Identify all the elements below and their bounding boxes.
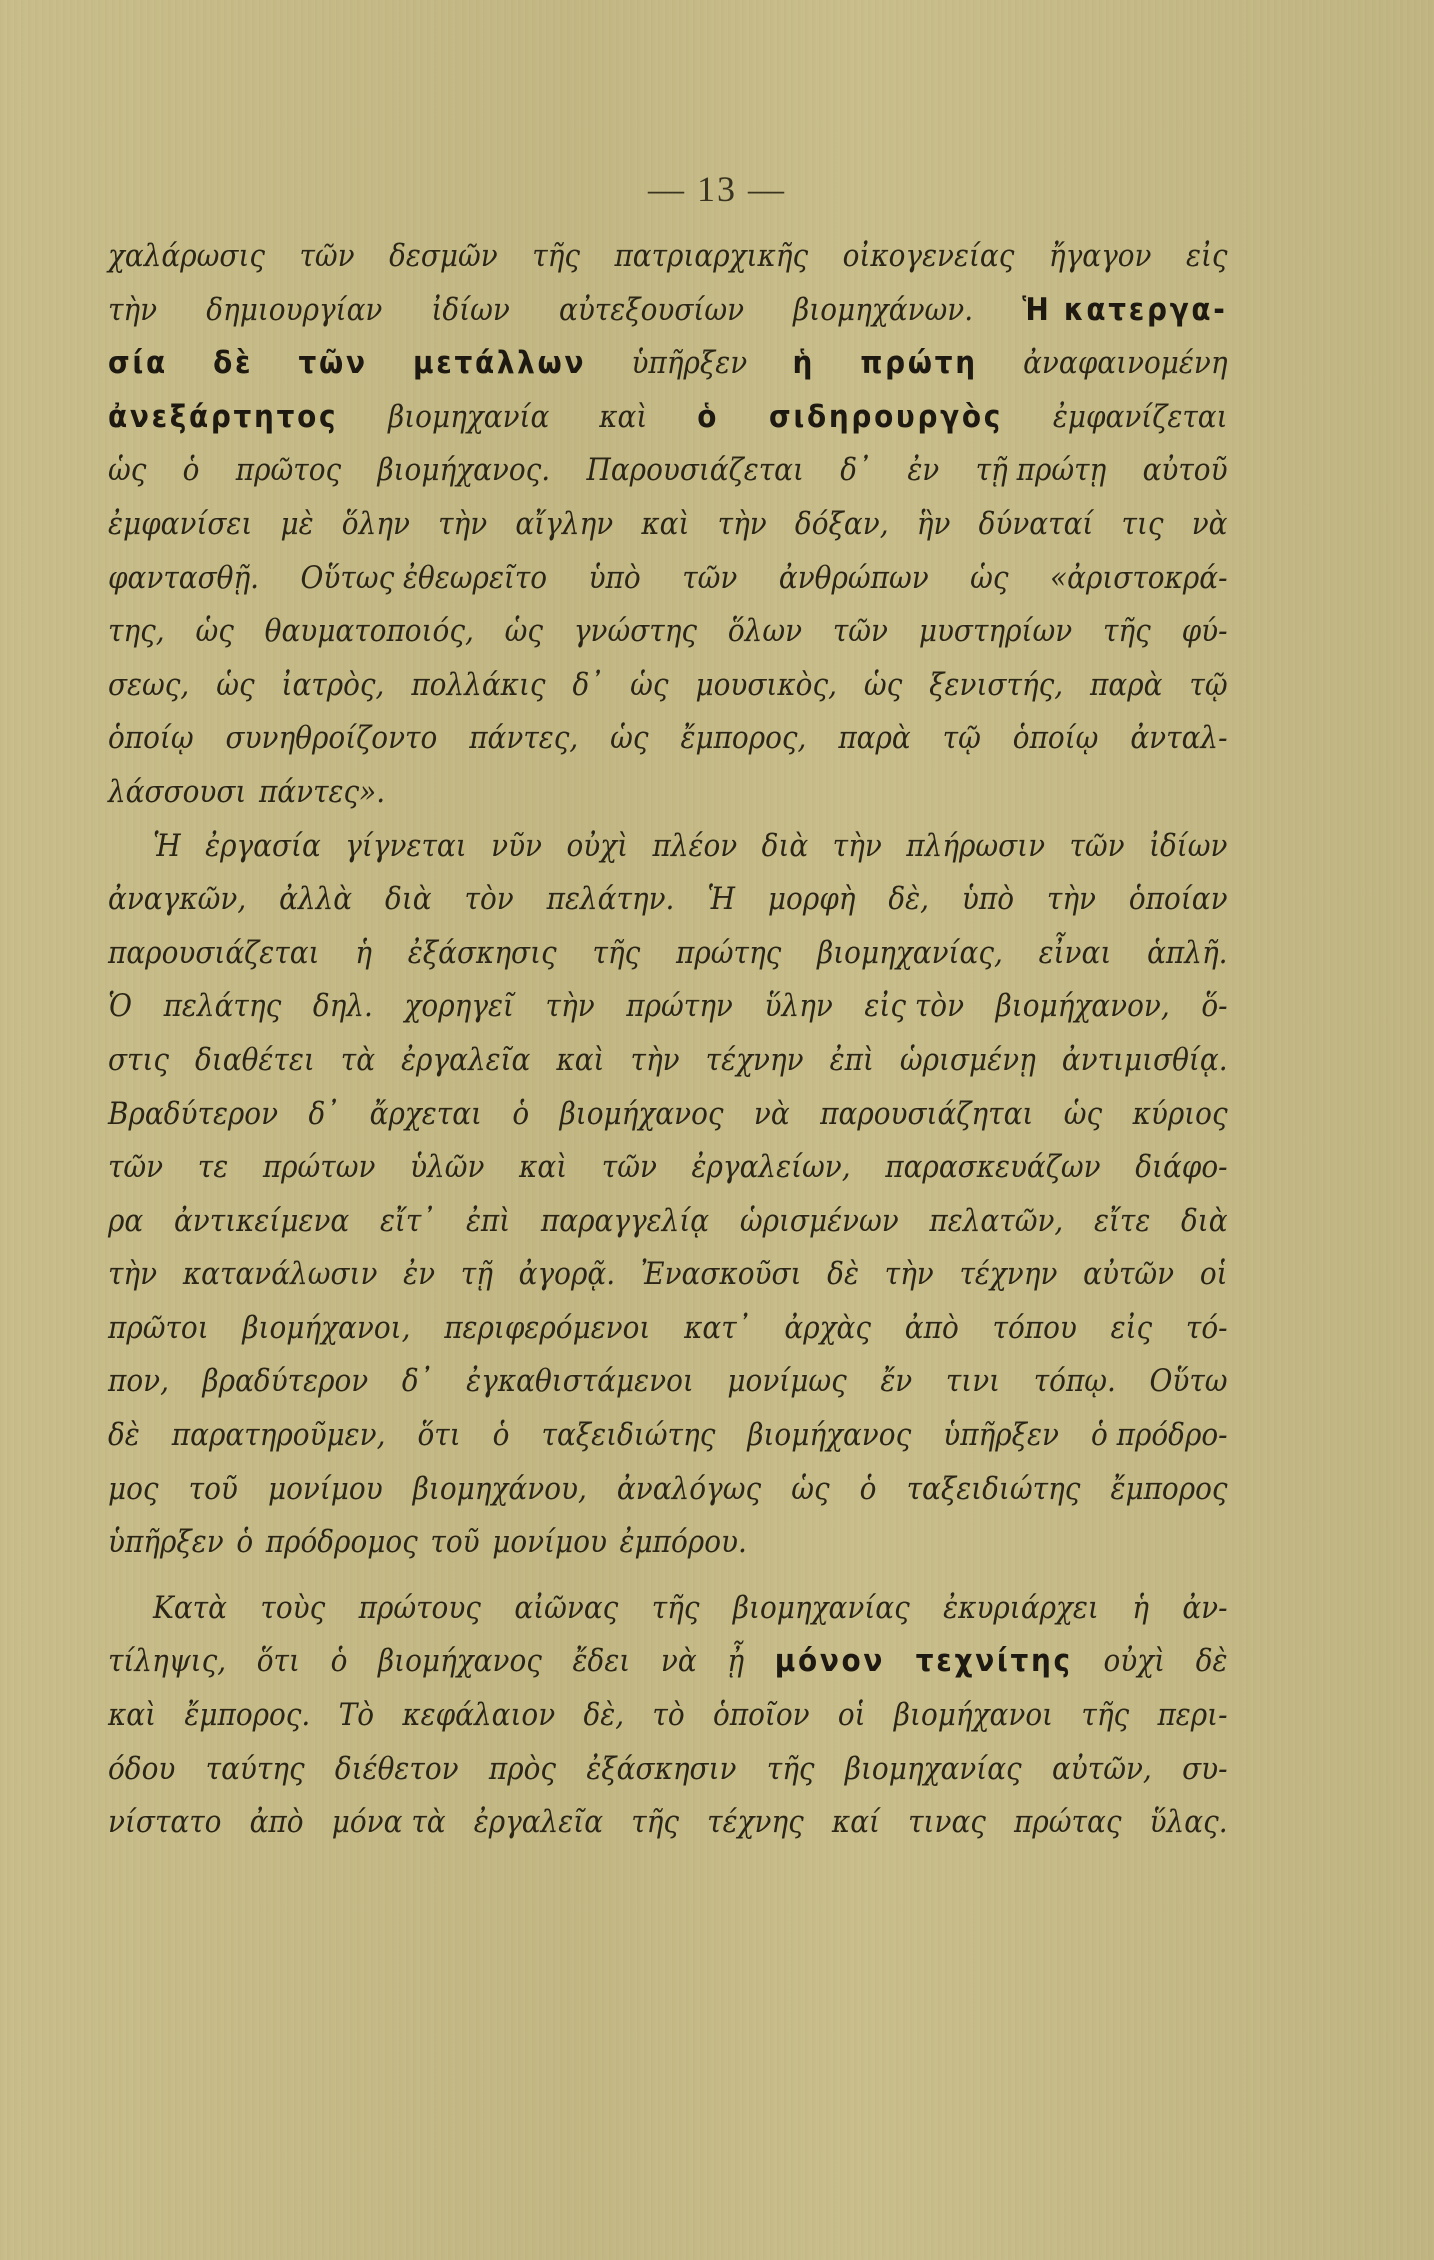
word: ἐμφανίσει — [108, 506, 252, 542]
bold-word: δὲ — [213, 345, 253, 381]
word: τῆς — [592, 935, 640, 971]
word: βιομηχάνου, — [413, 1471, 587, 1507]
word: μουσικὸς, — [695, 667, 836, 703]
word: αὐτῶν, — [1052, 1751, 1152, 1787]
bold-word: σία — [108, 345, 168, 381]
text-line: Κατὰ τοὺς πρώτους αἰῶνας τῆς βιομηχανίας… — [108, 1590, 1228, 1644]
word: ὕλας. — [1150, 1804, 1228, 1840]
word: βιομήχανος — [560, 1096, 724, 1132]
word: ἡ — [1132, 1590, 1149, 1626]
word: τῆς — [652, 1590, 700, 1626]
word: τὴν — [108, 292, 157, 328]
word: μος — [108, 1471, 159, 1507]
bold-word: τεχνίτης — [916, 1643, 1073, 1679]
word: οὐχὶ — [566, 828, 628, 864]
bold-word: ἀνεξάρτητος — [108, 399, 338, 435]
word: ἐργαλεῖα — [401, 1042, 530, 1078]
text-line: ὡς ὁ πρῶτος βιομήχανος. Παρουσιάζεται δ᾽… — [108, 452, 1228, 506]
word: Ἡ — [707, 881, 735, 917]
word: ἄρχεται — [370, 1096, 482, 1132]
word: συ- — [1182, 1751, 1227, 1787]
word: τοῦ — [430, 1524, 479, 1560]
word: πρῶτος — [236, 452, 341, 488]
word: πρώτων — [263, 1149, 376, 1185]
text-line: χαλάρωσις τῶν δεσμῶν τῆς πατριαρχικῆς οἰ… — [108, 238, 1228, 292]
word: νὰ — [661, 1643, 697, 1679]
word: ὑπὸ — [589, 560, 641, 596]
word: τὴν — [631, 1042, 680, 1078]
word: ὅλων — [728, 613, 802, 649]
word: ὡς — [108, 452, 146, 488]
word: ἣν — [917, 506, 951, 542]
word: μορφὴ — [768, 881, 856, 917]
word: τὴν — [546, 988, 595, 1024]
word: τὰ — [341, 1042, 375, 1078]
word: δ᾽ — [308, 1096, 339, 1132]
word: βιομηχανίας, — [817, 935, 1003, 971]
word: πάντες, — [469, 720, 578, 756]
word: τῆς — [532, 238, 580, 274]
word: καὶ — [519, 1149, 567, 1185]
word: ἔμπορος, — [680, 720, 806, 756]
word: πολλάκις — [411, 667, 545, 703]
text-line: πρῶτοι βιομήχανοι, περιφερόμενοι κατ᾽ ἀρ… — [108, 1310, 1228, 1364]
word: τὴν — [108, 1256, 157, 1292]
word: ὡς — [195, 613, 233, 649]
scanned-book-page: — 13 — χαλάρωσις τῶν δεσμῶν τῆς πατριαρχ… — [0, 0, 1434, 2260]
word: ἰδίων — [1149, 828, 1227, 864]
word: εἶναι — [1039, 935, 1112, 971]
text-line: σεως, ὡς ἰατρὸς, πολλάκις δ᾽ ὡς μουσικὸς… — [108, 667, 1228, 721]
word: φύ- — [1182, 613, 1228, 649]
word: πελάτην. — [547, 881, 675, 917]
word: τε — [198, 1149, 228, 1185]
word: κεφάλαιον — [402, 1697, 555, 1733]
word: καὶ — [108, 1697, 156, 1733]
word: ὡς — [1064, 1096, 1102, 1132]
word: ἐπὶ — [466, 1203, 510, 1239]
word: παρὰ — [1090, 667, 1162, 703]
word: ταύτης — [206, 1751, 305, 1787]
word: ὅλην — [342, 506, 410, 542]
word: πλέον — [652, 828, 737, 864]
word: κατ᾽ — [684, 1310, 751, 1346]
word: τῶν — [602, 1149, 657, 1185]
word: ἐπὶ — [830, 1042, 874, 1078]
word: τῶν — [833, 613, 888, 649]
text-line: όδου ταύτης διέθετον πρὸς ἐξάσκησιν τῆς … — [108, 1751, 1228, 1805]
word: τό- — [1186, 1310, 1228, 1346]
word: διὰ — [385, 881, 432, 917]
word: ἀλλὰ — [279, 881, 352, 917]
word: τῶν — [682, 560, 737, 596]
word: διέθετον — [335, 1751, 459, 1787]
word: ρα — [108, 1203, 143, 1239]
word: θαυματοποιός, — [265, 613, 474, 649]
word: βιομήχανος. — [377, 452, 550, 488]
word: τέχνης — [707, 1804, 804, 1840]
word: οὐχὶ — [1103, 1643, 1165, 1679]
text-line: ὁποίῳ συνηθροίζοντο πάντες, ὡς ἔμπορος, … — [108, 720, 1228, 774]
word: τὴν — [833, 828, 882, 864]
text-line: της, ὡς θαυματοποιός, ὡς γνώστης ὅλων τῶ… — [108, 613, 1228, 667]
text-line: ἀνεξάρτητος βιομηχανία καὶ ὁ σιδηρουργὸς… — [108, 399, 1228, 453]
word: ἐγκαθιστάμενοι — [466, 1363, 694, 1399]
word: ἐργαλεῖα — [474, 1804, 603, 1840]
text-line: ἐμφανίσει μὲ ὅλην τὴν αἴγλην καὶ τὴν δόξ… — [108, 506, 1228, 560]
word: πρῶτοι — [108, 1310, 209, 1346]
text-line: καὶ ἔμπορος. Τὸ κεφάλαιον δὲ, τὸ ὁποῖον … — [108, 1697, 1228, 1751]
word: πρώτην — [626, 988, 733, 1024]
word: τόπῳ. — [1034, 1363, 1116, 1399]
word: τῷ — [1189, 667, 1227, 703]
word: ὁ — [183, 452, 200, 488]
word: εἴτ᾽ — [380, 1203, 435, 1239]
word: δὲ, — [888, 881, 929, 917]
word: δὲ — [1196, 1643, 1228, 1679]
word: πρώτης — [676, 935, 781, 971]
word: αὐτοῦ — [1143, 452, 1228, 488]
text-line: σία δὲ τῶν μετάλλων ὑπῆρξεν ἡ πρώτη ἀναφ… — [108, 345, 1228, 399]
text-line: δὲ παρατηροῦμεν, ὅτι ὁ ταξειδιώτης βιομή… — [108, 1417, 1228, 1471]
word: ἰδίων — [431, 292, 509, 328]
word: Κατὰ — [153, 1590, 227, 1626]
word: δὲ, — [583, 1697, 624, 1733]
word: τις — [1122, 506, 1164, 542]
word: ὑλῶν — [410, 1149, 484, 1185]
word: ἤγαγον — [1049, 238, 1152, 274]
bold-word: ὁ — [697, 399, 719, 435]
word: νῦν — [491, 828, 542, 864]
word: ἔδει — [573, 1643, 631, 1679]
word: τίληψις, — [108, 1643, 226, 1679]
word: αὐτεξουσίων — [559, 292, 744, 328]
word: μὲ — [281, 506, 314, 542]
word: ἀνταλ- — [1130, 720, 1227, 756]
word: καὶ — [556, 1042, 604, 1078]
word: οἱ — [838, 1697, 866, 1733]
word: ὡς — [505, 613, 543, 649]
word: βραδύτερον — [203, 1363, 369, 1399]
word: ἔν — [880, 1363, 912, 1399]
word: μυστηρίων — [919, 613, 1072, 649]
bold-word: μετάλλων — [413, 345, 586, 381]
text-line: νίστατο ἀπὸ μόνα τὰ ἐργαλεῖα τῆς τέχνης … — [108, 1804, 1228, 1858]
word: πελάτης — [164, 988, 282, 1024]
word: διάφο- — [1135, 1149, 1227, 1185]
word: οἰκογενείας — [843, 238, 1015, 274]
word: ἐμπόρου. — [620, 1524, 747, 1560]
word: δ᾽ — [402, 1363, 433, 1399]
word: παρουσιάζηται — [820, 1096, 1033, 1132]
word: τέχνην — [706, 1042, 804, 1078]
word: ὁ — [493, 1417, 510, 1453]
word: ὅτι — [257, 1643, 300, 1679]
word: «ἀριστοκρά- — [1050, 560, 1227, 596]
word: ὡς — [864, 667, 902, 703]
text-line: τὴν δημιουργίαν ἰδίων αὐτεξουσίων βιομηχ… — [108, 292, 1228, 346]
word: δηλ. — [313, 988, 373, 1024]
word: ὡς — [970, 560, 1008, 596]
word: παρασκευάζων — [885, 1149, 1100, 1185]
word: ὁ — [512, 1096, 529, 1132]
word: ὑπῆρξεν — [108, 1524, 224, 1560]
word: τῷ — [943, 720, 981, 756]
word: εἰς — [1186, 238, 1228, 274]
word: δὲ — [827, 1256, 859, 1292]
word: οἱ — [1200, 1256, 1228, 1292]
word: ἀγορᾷ. — [519, 1256, 615, 1292]
body-text: χαλάρωσις τῶν δεσμῶν τῆς πατριαρχικῆς οἰ… — [108, 238, 1228, 1858]
word: ἐξάσκησις — [408, 935, 557, 971]
word: βιομηχανίας — [845, 1751, 1022, 1787]
word: ἐργασία — [205, 828, 321, 864]
text-line: ρα ἀντικείμενα εἴτ᾽ ἐπὶ παραγγελίᾳ ὡρισμ… — [108, 1203, 1228, 1257]
word: αἴγλην — [515, 506, 613, 542]
word: πρὸς — [489, 1751, 556, 1787]
word: τῆς — [767, 1751, 815, 1787]
word: τὸ — [652, 1697, 684, 1733]
word: ἰατρὸς, — [282, 667, 385, 703]
bold-word: ἡ — [792, 345, 815, 381]
word: αἰῶνας — [514, 1590, 618, 1626]
word: εἴτε — [1094, 1203, 1150, 1239]
word: χορηγεῖ — [405, 988, 514, 1024]
word: διαθέτει — [195, 1042, 315, 1078]
word: παρὰ — [838, 720, 910, 756]
word: ξενιστής, — [929, 667, 1063, 703]
bold-word: Ἡ κατεργα- — [1022, 292, 1227, 328]
word: γνώστης — [574, 613, 697, 649]
word: ὅτι — [417, 1417, 460, 1453]
word: ὅ- — [1201, 988, 1227, 1024]
word: τοὺς — [260, 1590, 325, 1626]
word: ταξειδιώτης — [907, 1471, 1081, 1507]
word: περιφερόμενοι — [444, 1310, 650, 1346]
text-line: τὴν κατανάλωσιν ἐν τῇ ἀγορᾷ. Ἐνασκοῦσι δ… — [108, 1256, 1228, 1310]
word: τινας — [908, 1804, 986, 1840]
word: ἀντιμισθίᾳ. — [1062, 1042, 1228, 1078]
word: ᾖ — [727, 1643, 744, 1679]
word: πρώτας — [1014, 1804, 1121, 1840]
word: πάντες». — [259, 774, 385, 810]
word: Ἡ — [153, 828, 181, 864]
word: ταξειδιώτης — [542, 1417, 716, 1453]
word: διὰ — [1181, 1203, 1228, 1239]
word: εἰς τὸν — [864, 988, 964, 1024]
word: ὡρισμένων — [740, 1203, 899, 1239]
word: πλήρωσιν — [906, 828, 1045, 864]
text-line: Ὁ πελάτης δηλ. χορηγεῖ τὴν πρώτην ὕλην ε… — [108, 988, 1228, 1042]
word: ἔμπορος. — [184, 1697, 310, 1733]
word: καί — [832, 1804, 880, 1840]
word: αὐτῶν — [1083, 1256, 1174, 1292]
text-line: τίληψις, ὅτι ὁ βιομήχανος ἔδει νὰ ᾖ μόνο… — [108, 1643, 1228, 1697]
word: της, — [108, 613, 165, 649]
word: μονίμου — [492, 1524, 607, 1560]
word: σεως, — [108, 667, 189, 703]
text-line: φαντασθῇ. Οὕτως ἐθεωρεῖτο ὑπὸ τῶν ἀνθρώπ… — [108, 560, 1228, 614]
word: τοῦ — [189, 1471, 238, 1507]
word: τὴν — [1047, 881, 1096, 917]
word: δ᾽ — [840, 452, 871, 488]
word: ἀναλόγως — [617, 1471, 761, 1507]
text-line: παρουσιάζεται ἡ ἐξάσκησις τῆς πρώτης βιο… — [108, 935, 1228, 989]
word: βιομηχανία — [388, 399, 549, 435]
word: ὡς — [791, 1471, 829, 1507]
word: τῶν — [299, 238, 354, 274]
word: τῆς — [1103, 613, 1151, 649]
word: νίστατο — [108, 1804, 221, 1840]
word: ἐκυριάρχει — [943, 1590, 1099, 1626]
word: ὑπῆρξεν — [943, 1417, 1059, 1453]
bold-word: τῶν — [299, 345, 368, 381]
word: δὲ — [108, 1417, 140, 1453]
text-line: στις διαθέτει τὰ ἐργαλεῖα καὶ τὴν τέχνην… — [108, 1042, 1228, 1096]
word: ὁ πρόδρο- — [1091, 1417, 1228, 1453]
word: Οὕτω — [1149, 1363, 1227, 1399]
word: δ᾽ — [572, 667, 603, 703]
word: μόνα τὰ — [332, 1804, 446, 1840]
word: κατανάλωσιν — [183, 1256, 378, 1292]
word: ἐξάσκησιν — [586, 1751, 736, 1787]
word: τόπου — [993, 1310, 1077, 1346]
word: γίγνεται — [345, 828, 466, 864]
word: δύναταί — [979, 506, 1094, 542]
word: πελατῶν, — [929, 1203, 1063, 1239]
word: ἀναφαινομένη — [1023, 345, 1227, 381]
text-line: Ἡ ἐργασία γίγνεται νῦν οὐχὶ πλέον διὰ τὴ… — [108, 828, 1228, 882]
word: διὰ — [762, 828, 809, 864]
word: δεσμῶν — [389, 238, 498, 274]
word: ὁποῖον — [713, 1697, 810, 1733]
word: ὡς — [630, 667, 668, 703]
word: ὡς — [610, 720, 648, 756]
page-number: — 13 — — [0, 168, 1434, 210]
word: μονίμου — [268, 1471, 383, 1507]
text-line: τῶν τε πρώτων ὑλῶν καὶ τῶν ἐργαλείων, πα… — [108, 1149, 1228, 1203]
text-line: ἀναγκῶν, ἀλλὰ διὰ τὸν πελάτην. Ἡ μορφὴ δ… — [108, 881, 1228, 935]
word: βιομήχανοι — [894, 1697, 1053, 1733]
word: Ἐνασκοῦσι — [641, 1256, 802, 1292]
word: ἀντικείμενα — [174, 1203, 349, 1239]
word: ἀρχὰς — [784, 1310, 871, 1346]
word: παρατηροῦμεν, — [172, 1417, 386, 1453]
word: τὸν — [465, 881, 514, 917]
bold-word: πρώτη — [860, 345, 977, 381]
word: βιομήχανοι, — [242, 1310, 410, 1346]
bold-word: σιδηρουργὸς — [769, 399, 1003, 435]
word: πον, — [108, 1363, 169, 1399]
bold-word: μόνον — [775, 1643, 885, 1679]
word: ὁποίῳ — [1013, 720, 1099, 756]
word: παραγγελίᾳ — [541, 1203, 709, 1239]
text-line: πον, βραδύτερον δ᾽ ἐγκαθιστάμενοι μονίμω… — [108, 1363, 1228, 1417]
word: Παρουσιάζεται — [586, 452, 803, 488]
word: ὡς — [216, 667, 254, 703]
word: ἁπλῆ. — [1147, 935, 1227, 971]
word: Οὕτως ἐθεωρεῖτο — [301, 560, 548, 596]
word: συνηθροίζοντο — [226, 720, 438, 756]
word: λάσσουσι — [108, 774, 246, 810]
word: τὴν — [438, 506, 487, 542]
word: ἐργαλείων, — [692, 1149, 851, 1185]
word: δόξαν, — [795, 506, 889, 542]
word: ὁ — [331, 1643, 348, 1679]
word: ἔμπορος — [1110, 1471, 1227, 1507]
word: Ὁ — [108, 988, 132, 1024]
word: βιομηχανίας — [733, 1590, 910, 1626]
word: ὕλην — [764, 988, 832, 1024]
word: Βραδύτερον — [108, 1096, 278, 1132]
word: βιομηχάνων. — [793, 292, 973, 328]
word: νὰ — [1192, 506, 1228, 542]
word: Τὸ — [339, 1697, 374, 1733]
word: ἀν- — [1182, 1590, 1227, 1626]
text-line: ὑπῆρξεν ὁ πρόδρομος τοῦ μονίμου ἐμπόρου. — [108, 1524, 1228, 1578]
word: ἀνθρώπων — [779, 560, 929, 596]
word: φαντασθῇ. — [108, 560, 259, 596]
word: τὴν — [885, 1256, 934, 1292]
word: ὑπῆρξεν — [631, 345, 747, 381]
word: περι- — [1157, 1697, 1227, 1733]
word: χαλάρωσις — [108, 238, 265, 274]
word: κύριος — [1133, 1096, 1228, 1132]
word: όδου — [108, 1751, 175, 1787]
word: καὶ — [641, 506, 689, 542]
word: βιομήχανος — [378, 1643, 542, 1679]
word: παρουσιάζεται — [108, 935, 319, 971]
word: δημιουργίαν — [206, 292, 382, 328]
word: στις — [108, 1042, 169, 1078]
word: ὁποίῳ — [108, 720, 194, 756]
word: βιομήχανος — [747, 1417, 911, 1453]
word: πατριαρχικῆς — [614, 238, 808, 274]
text-line: λάσσουσι πάντες». — [108, 774, 1228, 828]
word: τέχνην — [959, 1256, 1057, 1292]
text-line: Βραδύτερον δ᾽ ἄρχεται ὁ βιομήχανος νὰ πα… — [108, 1096, 1228, 1150]
word: πρόδρομος — [266, 1524, 418, 1560]
word: τῇ πρώτῃ — [976, 452, 1107, 488]
word: ὁ — [860, 1471, 877, 1507]
word: ἀπὸ — [905, 1310, 959, 1346]
word: ὡρισμένῃ — [900, 1042, 1036, 1078]
word: τῶν — [108, 1149, 163, 1185]
word: βιομήχανον, — [996, 988, 1170, 1024]
word: τινι — [946, 1363, 1000, 1399]
word: ἡ — [355, 935, 372, 971]
word: ὁ — [236, 1524, 253, 1560]
word: ἐν — [907, 452, 939, 488]
word: καὶ — [599, 399, 647, 435]
word: πρώτους — [359, 1590, 481, 1626]
word: τῇ — [461, 1256, 493, 1292]
word: ὁποίαν — [1129, 881, 1228, 917]
word: εἰς — [1111, 1310, 1153, 1346]
word: ὑπὸ — [962, 881, 1014, 917]
word: ἀναγκῶν, — [108, 881, 246, 917]
text-line: μος τοῦ μονίμου βιομηχάνου, ἀναλόγως ὡς … — [108, 1471, 1228, 1525]
word: νὰ — [754, 1096, 790, 1132]
word: τῆς — [631, 1804, 679, 1840]
word: ἀπὸ — [250, 1804, 304, 1840]
word: ἐμφανίζεται — [1053, 399, 1228, 435]
word: μονίμως — [727, 1363, 846, 1399]
word: τὴν — [718, 506, 767, 542]
word: ἐν — [403, 1256, 435, 1292]
word: τῆς — [1081, 1697, 1129, 1733]
word: τῶν — [1069, 828, 1124, 864]
